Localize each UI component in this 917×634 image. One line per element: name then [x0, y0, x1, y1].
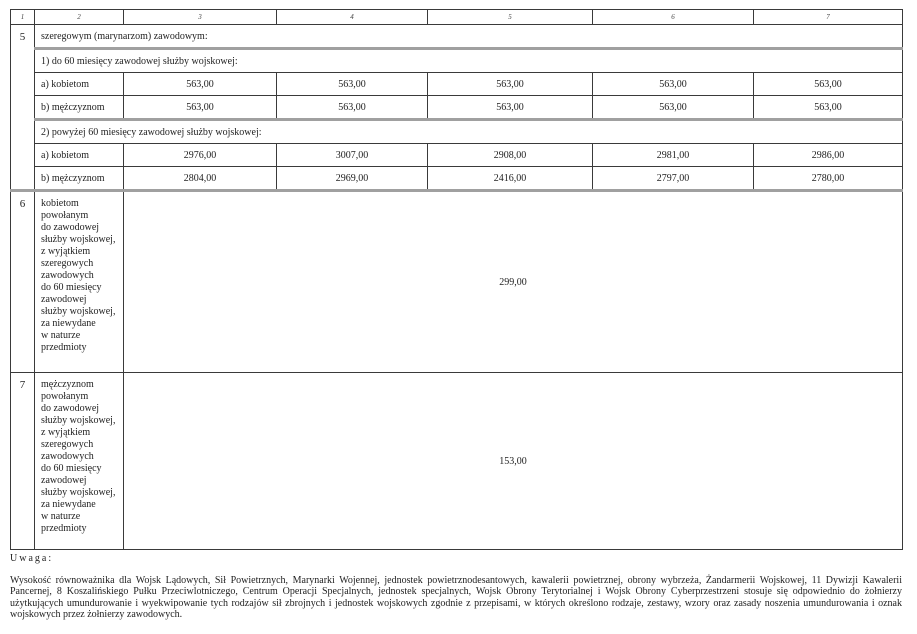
column-number: 6	[593, 10, 754, 25]
column-number: 3	[124, 10, 277, 25]
cell-value: 563,00	[754, 73, 903, 96]
cell-value: 299,00	[124, 191, 903, 373]
row-label: kobietom powołanym do zawodowej służby w…	[35, 191, 124, 373]
cell-value: 2969,00	[277, 167, 428, 191]
cell-value: 2804,00	[124, 167, 277, 191]
cell-value: 2797,00	[593, 167, 754, 191]
note-title: Uwaga:	[10, 553, 902, 565]
cell-value: 3007,00	[277, 144, 428, 167]
row-5-title: 5 szeregowym (marynarzom) zawodowym:	[11, 25, 903, 49]
cell-value: 563,00	[428, 96, 593, 120]
cell-value: 2416,00	[428, 167, 593, 191]
column-number-row: 1 2 3 4 5 6 7	[11, 10, 903, 25]
section-1-heading: 1) do 60 miesięcy zawodowej służby wojsk…	[35, 49, 903, 73]
row-5-heading: szeregowym (marynarzom) zawodowym:	[35, 25, 903, 49]
cell-value: 563,00	[593, 73, 754, 96]
row-label: b) mężczyznom	[35, 167, 124, 191]
cell-value: 2981,00	[593, 144, 754, 167]
cell-value: 563,00	[277, 96, 428, 120]
column-number: 1	[11, 10, 35, 25]
column-number: 5	[428, 10, 593, 25]
note-section: Uwaga: Wysokość równoważnika dla Wojsk L…	[10, 553, 902, 621]
section-2-title-row: 2) powyżej 60 miesięcy zawodowej służby …	[11, 120, 903, 144]
column-number: 4	[277, 10, 428, 25]
cell-value: 153,00	[124, 373, 903, 550]
section-1-title-row: 1) do 60 miesięcy zawodowej służby wojsk…	[11, 49, 903, 73]
cell-value: 563,00	[593, 96, 754, 120]
cell-value: 2780,00	[754, 167, 903, 191]
row-7: 7 mężczyznom powołanym do zawodowej służ…	[11, 373, 903, 550]
row-label: a) kobietom	[35, 73, 124, 96]
section-2-heading: 2) powyżej 60 miesięcy zawodowej służby …	[35, 120, 903, 144]
cell-value: 2908,00	[428, 144, 593, 167]
row-label: a) kobietom	[35, 144, 124, 167]
row-number: 6	[11, 191, 35, 373]
row-label: mężczyznom powołanym do zawodowej służby…	[35, 373, 124, 550]
cell-value: 2986,00	[754, 144, 903, 167]
note-body: Wysokość równoważnika dla Wojsk Lądowych…	[10, 575, 902, 621]
row-6: 6 kobietom powołanym do zawodowej służby…	[11, 191, 903, 373]
table-row: b) mężczyznom 563,00 563,00 563,00 563,0…	[11, 96, 903, 120]
row-label: b) mężczyznom	[35, 96, 124, 120]
cell-value: 563,00	[277, 73, 428, 96]
table-row: a) kobietom 563,00 563,00 563,00 563,00 …	[11, 73, 903, 96]
row-number: 7	[11, 373, 35, 550]
cell-value: 563,00	[754, 96, 903, 120]
cell-value: 563,00	[124, 73, 277, 96]
cell-value: 563,00	[124, 96, 277, 120]
allowance-table: 1 2 3 4 5 6 7 5 szeregowym (marynarzom) …	[10, 9, 903, 550]
cell-value: 2976,00	[124, 144, 277, 167]
table-row: b) mężczyznom 2804,00 2969,00 2416,00 27…	[11, 167, 903, 191]
table-row: a) kobietom 2976,00 3007,00 2908,00 2981…	[11, 144, 903, 167]
cell-value: 563,00	[428, 73, 593, 96]
column-number: 7	[754, 10, 903, 25]
column-number: 2	[35, 10, 124, 25]
row-number: 5	[11, 25, 35, 191]
